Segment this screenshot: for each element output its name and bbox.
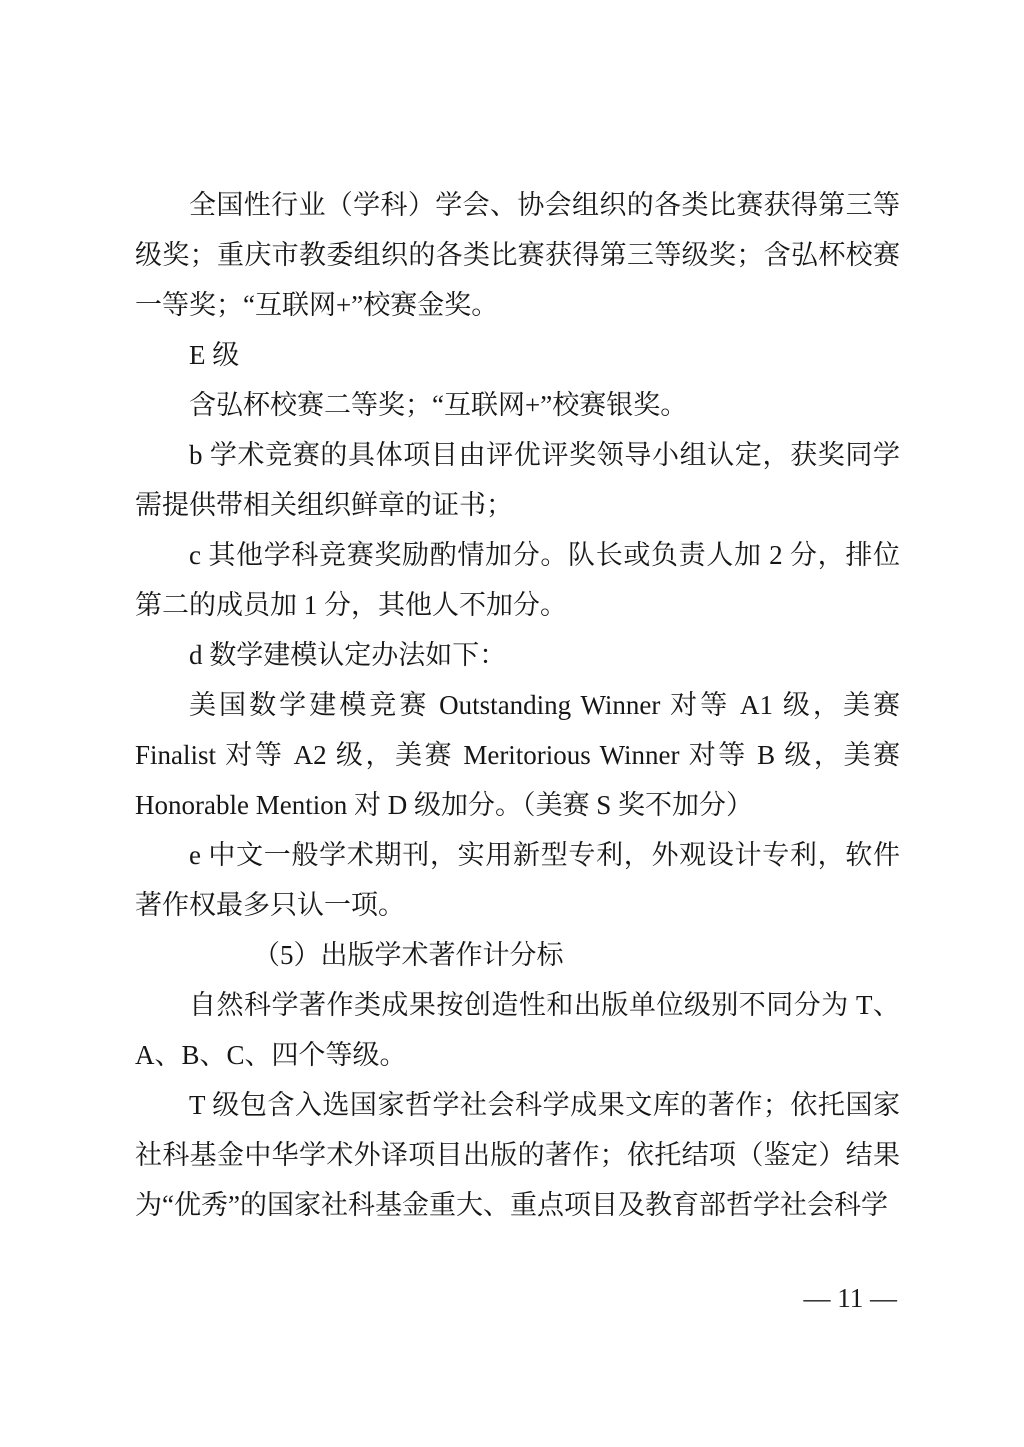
body-paragraph: 美国数学建模竞赛 Outstanding Winner 对等 A1 级，美赛 F… xyxy=(135,680,900,830)
body-paragraph: b 学术竞赛的具体项目由评优评奖领导小组认定，获奖同学需提供带相关组织鲜章的证书… xyxy=(135,430,900,530)
body-paragraph: T 级包含入选国家哲学社会科学成果文库的著作；依托国家社科基金中华学术外译项目出… xyxy=(135,1080,900,1230)
section-heading-paragraph: （5）出版学术著作计分标 xyxy=(135,930,900,980)
document-body: 全国性行业（学科）学会、协会组织的各类比赛获得第三等级奖；重庆市教委组织的各类比… xyxy=(135,180,900,1230)
body-paragraph: 全国性行业（学科）学会、协会组织的各类比赛获得第三等级奖；重庆市教委组织的各类比… xyxy=(135,180,900,330)
body-paragraph: e 中文一般学术期刊，实用新型专利，外观设计专利，软件著作权最多只认一项。 xyxy=(135,830,900,930)
body-paragraph: c 其他学科竞赛奖励酌情加分。队长或负责人加 2 分，排位第二的成员加 1 分，… xyxy=(135,530,900,630)
body-paragraph: 含弘杯校赛二等奖；“互联网+”校赛银奖。 xyxy=(135,380,900,430)
document-page: 全国性行业（学科）学会、协会组织的各类比赛获得第三等级奖；重庆市教委组织的各类比… xyxy=(0,0,1024,1447)
body-paragraph: 自然科学著作类成果按创造性和出版单位级别不同分为 T、A、B、C、四个等级。 xyxy=(135,980,900,1080)
body-paragraph: d 数学建模认定办法如下： xyxy=(135,630,900,680)
page-number: — 11 — xyxy=(804,1283,898,1313)
body-paragraph: E 级 xyxy=(135,330,900,380)
